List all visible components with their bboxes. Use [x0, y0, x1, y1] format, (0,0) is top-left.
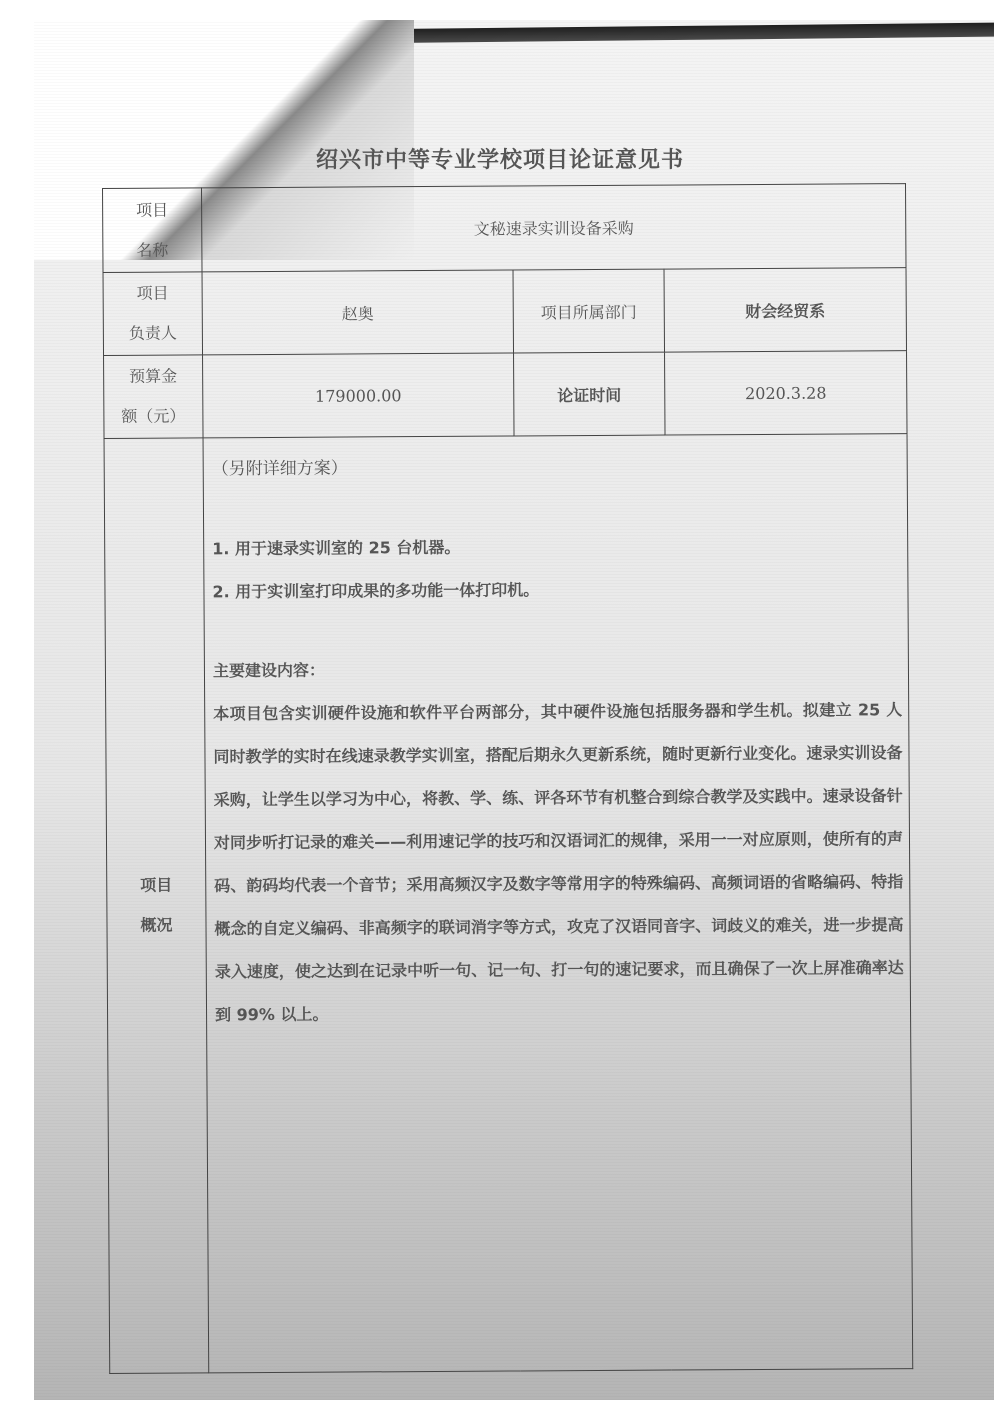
label-overview: 项目 概况: [104, 438, 209, 1374]
row-project-name: 项目 名称 文秘速录实训设备采购: [103, 184, 906, 273]
overview-content: （另附详细方案） 1. 用于速录实训室的 25 台机器。 2. 用于实训室打印成…: [203, 434, 913, 1373]
document-title: 绍兴市中等专业学校项目论证意见书: [0, 143, 1000, 174]
value-project-name: 文秘速录实训设备采购: [202, 184, 906, 272]
value-project-lead: 赵奥: [202, 270, 514, 355]
label-budget: 预算金 额（元）: [104, 355, 204, 439]
overview-item: 2. 用于实训室打印成果的多功能一体打印机。: [212, 566, 901, 613]
row-project-lead: 项目 负责人 赵奥 项目所属部门 财会经贸系: [103, 268, 906, 356]
attachment-note: （另附详细方案）: [212, 444, 901, 491]
section-heading: 主要建设内容：: [213, 645, 902, 692]
value-department: 财会经贸系: [664, 268, 907, 352]
value-review-date: 2020.3.28: [665, 351, 908, 435]
label-project-name: 项目 名称: [103, 188, 203, 273]
row-overview: 项目 概况 （另附详细方案） 1. 用于速录实训室的 25 台机器。 2. 用于…: [104, 434, 913, 1374]
overview-paragraph: 本项目包含实训硬件设施和软件平台两部分，其中硬件设施包括服务器和学生机。拟建立 …: [213, 688, 904, 1036]
label-project-lead: 项目 负责人: [103, 272, 203, 356]
overview-item: 1. 用于速录实训室的 25 台机器。: [212, 523, 901, 570]
label-review-date: 论证时间: [514, 352, 666, 436]
scan-shadow-edge: [334, 22, 994, 43]
value-budget: 179000.00: [203, 353, 515, 438]
row-budget: 预算金 额（元） 179000.00 论证时间 2020.3.28: [104, 351, 907, 439]
project-review-form: 项目 名称 文秘速录实训设备采购 项目 负责人 赵奥 项目所属部门 财会经贸系 …: [102, 183, 913, 1374]
label-department: 项目所属部门: [513, 269, 665, 353]
